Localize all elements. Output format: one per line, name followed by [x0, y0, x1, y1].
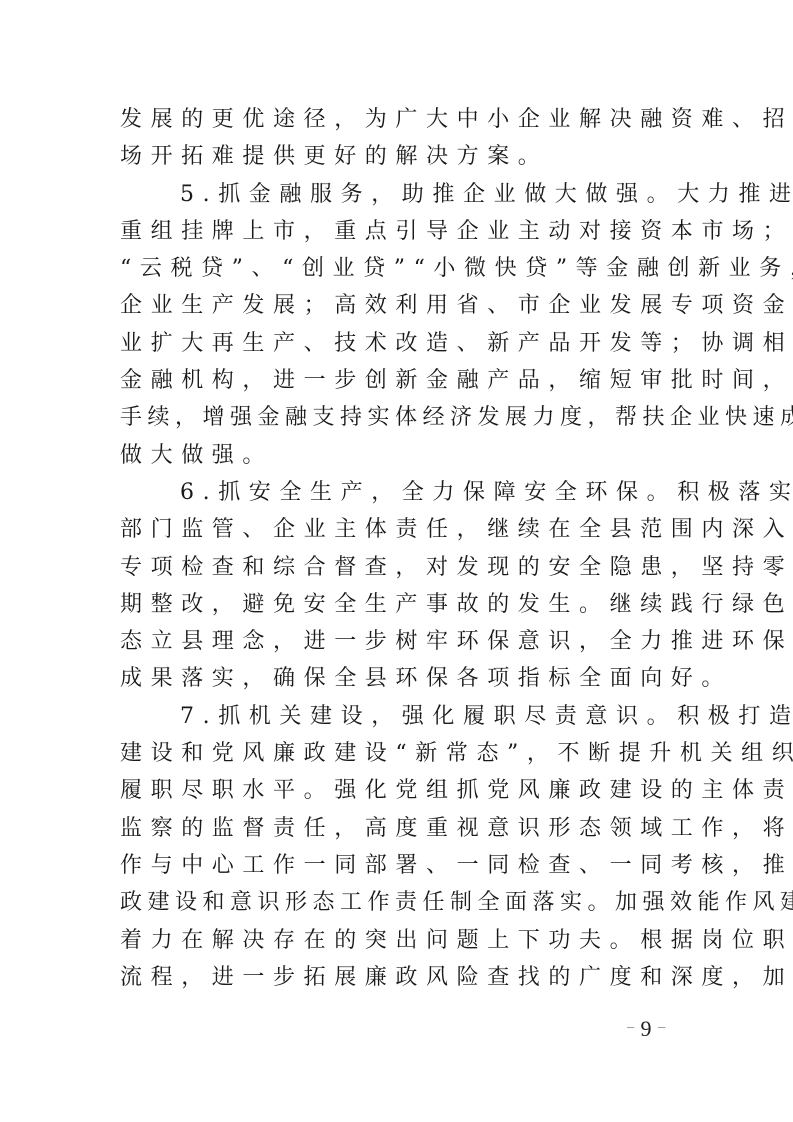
document-page: 发展的更优途径，为广大中小企业解决融资难、招工难、市 场开拓难提供更好的解决方案… [0, 0, 793, 1122]
text-line: 态立县理念，进一步树牢环保意识，全力推进环保问题整改 [120, 623, 680, 660]
body-text: 发展的更优途径，为广大中小企业解决融资难、招工难、市 场开拓难提供更好的解决方案… [120, 101, 680, 996]
paragraph-item-6: 6.抓安全生产，全力保障安全环保。积极落实乡镇属地、 部门监管、企业主体责任，继… [120, 474, 680, 698]
text-line: 做大做强。 [120, 437, 680, 474]
text-line: 流程，进一步拓展廉政风险查找的广度和深度，加强对风险 [120, 959, 680, 996]
text-line: 建设和党风廉政建设“新常态”，不断提升机关组织能力和 [120, 735, 680, 772]
text-line: 期整改，避免安全生产事故的发生。继续践行绿色发展、生 [120, 586, 680, 623]
text-line: 成果落实，确保全县环保各项指标全面向好。 [120, 660, 680, 697]
paragraph-item-5: 5.抓金融服务，助推企业做大做强。大力推进企业股改 重组挂牌上市，重点引导企业主… [120, 176, 680, 474]
page-number-dash-left: − [626, 1020, 635, 1037]
paragraph-heading-line: 7.抓机关建设，强化履职尽责意识。积极打造机关作风 [120, 698, 680, 735]
text-line: 部门监管、企业主体责任，继续在全县范围内深入开展行业 [120, 511, 680, 548]
text-line: 着力在解决存在的突出问题上下功夫。根据岗位职责、工作 [120, 922, 680, 959]
text-line: 专项检查和综合督查，对发现的安全隐患，坚持零容忍，限 [120, 549, 680, 586]
page-number-value: 9 [641, 1016, 652, 1041]
text-line: 作与中心工作一同部署、一同检查、一同考核，推动党风廉 [120, 847, 680, 884]
text-line: 场开拓难提供更好的解决方案。 [120, 138, 680, 175]
text-line: 企业生产发展；高效利用省、市企业发展专项资金，支持企 [120, 287, 680, 324]
page-number-dash-right: − [657, 1020, 666, 1037]
text-line: 金融机构，进一步创新金融产品，缩短审批时间，简化审批 [120, 362, 680, 399]
paragraph-item-7: 7.抓机关建设，强化履职尽责意识。积极打造机关作风 建设和党风廉政建设“新常态”… [120, 698, 680, 996]
paragraph-continuation: 发展的更优途径，为广大中小企业解决融资难、招工难、市 场开拓难提供更好的解决方案… [120, 101, 680, 176]
text-line: 业扩大再生产、技术改造、新产品开发等；协调相关银行及 [120, 325, 680, 362]
paragraph-heading-line: 5.抓金融服务，助推企业做大做强。大力推进企业股改 [120, 176, 680, 213]
text-line: 发展的更优途径，为广大中小企业解决融资难、招工难、市 [120, 101, 680, 138]
text-line: 监察的监督责任，高度重视意识形态领域工作，将这两项工 [120, 810, 680, 847]
text-line: 履职尽职水平。强化党组抓党风廉政建设的主体责任和纪检 [120, 772, 680, 809]
page-number: − 9 − [626, 1016, 666, 1042]
paragraph-heading-line: 6.抓安全生产，全力保障安全环保。积极落实乡镇属地、 [120, 474, 680, 511]
text-line: 政建设和意识形态工作责任制全面落实。加强效能作风建设， [120, 884, 680, 921]
text-line: 重组挂牌上市，重点引导企业主动对接资本市场；积极开展 [120, 213, 680, 250]
text-line: “云税贷”、“创业贷”“小微快贷”等金融创新业务，支持 [120, 250, 680, 287]
text-line: 手续，增强金融支持实体经济发展力度，帮扶企业快速成长、 [120, 399, 680, 436]
